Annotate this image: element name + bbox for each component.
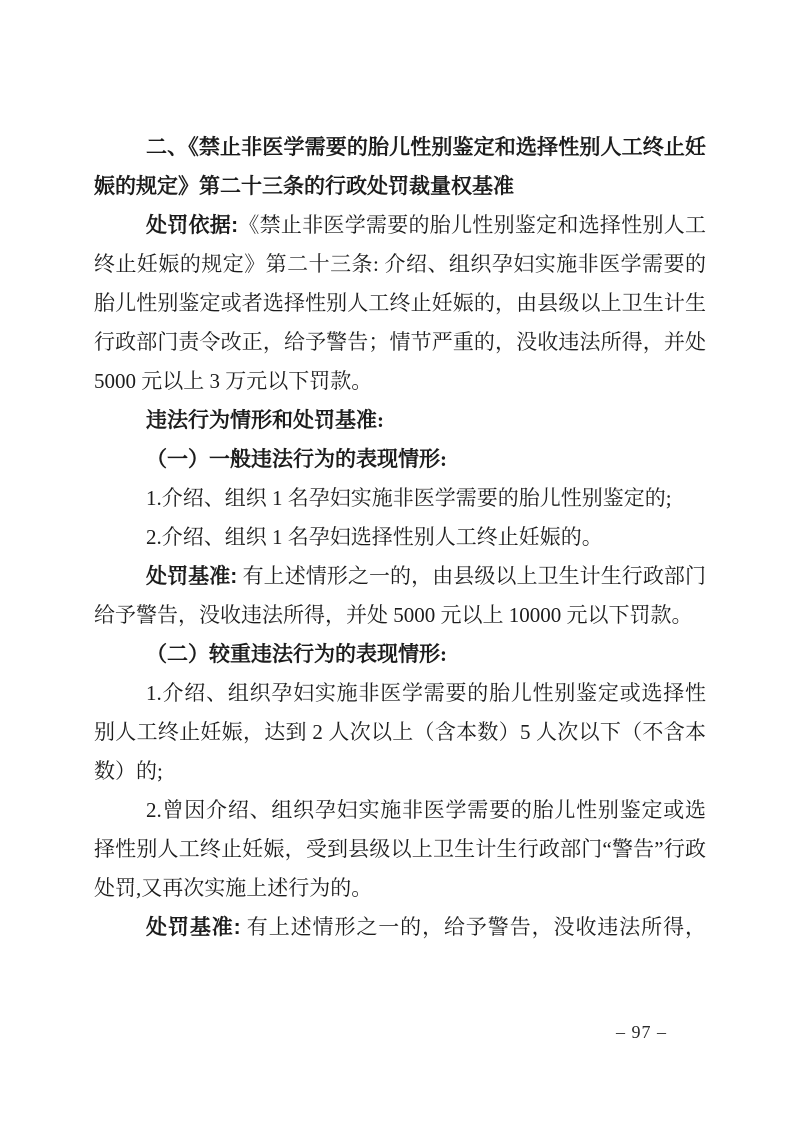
serious-penalty-paragraph: 处罚基准: 有上述情形之一的，给予警告，没收违法所得， bbox=[94, 908, 706, 947]
document-heading: 二、《禁止非医学需要的胎儿性别鉴定和选择性别人工终止妊娠的规定》第二十三条的行政… bbox=[94, 128, 706, 206]
penalty-basis-label: 处罚依据: bbox=[146, 214, 238, 237]
section-heading: 违法行为情形和处罚基准: bbox=[94, 401, 706, 440]
serious-penalty-label: 处罚基准: bbox=[146, 916, 241, 939]
penalty-basis-text: 《禁止非医学需要的胎儿性别鉴定和选择性别人工终止妊娠的规定》第二十三条: 介绍、… bbox=[94, 213, 706, 393]
serious-subsection-heading: （二）较重违法行为的表现情形: bbox=[94, 635, 706, 674]
general-penalty-label: 处罚基准: bbox=[146, 565, 237, 588]
general-penalty-paragraph: 处罚基准: 有上述情形之一的，由县级以上卫生计生行政部门给予警告，没收违法所得，… bbox=[94, 557, 706, 635]
document-body: 二、《禁止非医学需要的胎儿性别鉴定和选择性别人工终止妊娠的规定》第二十三条的行政… bbox=[94, 128, 706, 947]
page-number: – 97 – bbox=[616, 1022, 667, 1043]
general-violation-item-2: 2.介绍、组织 1 名孕妇选择性别人工终止妊娠的。 bbox=[94, 518, 706, 557]
serious-violation-item-1: 1.介绍、组织孕妇实施非医学需要的胎儿性别鉴定或选择性别人工终止妊娠，达到 2 … bbox=[94, 674, 706, 791]
serious-penalty-text: 有上述情形之一的，给予警告，没收违法所得， bbox=[241, 915, 706, 939]
general-violation-item-1: 1.介绍、组织 1 名孕妇实施非医学需要的胎儿性别鉴定的; bbox=[94, 479, 706, 518]
serious-violation-item-2: 2.曾因介绍、组织孕妇实施非医学需要的胎儿性别鉴定或选择性别人工终止妊娠，受到县… bbox=[94, 791, 706, 908]
penalty-basis-paragraph: 处罚依据:《禁止非医学需要的胎儿性别鉴定和选择性别人工终止妊娠的规定》第二十三条… bbox=[94, 206, 706, 401]
general-subsection-heading: （一）一般违法行为的表现情形: bbox=[94, 440, 706, 479]
